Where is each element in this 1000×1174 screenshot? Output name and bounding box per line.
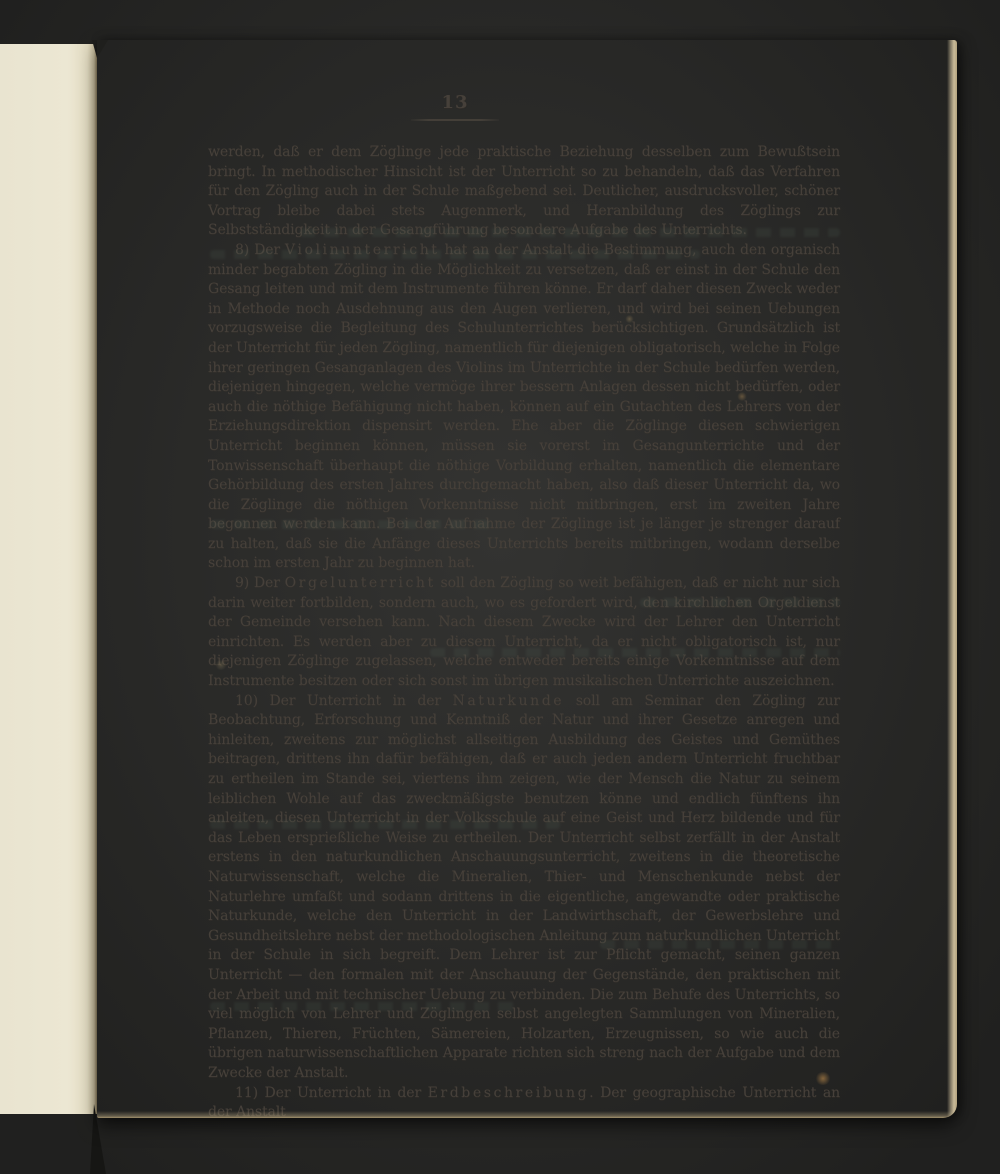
foxing-stain (625, 315, 634, 323)
text-block: werden, daß er dem Zöglinge jede praktis… (208, 143, 840, 1118)
bleed-through-texture (210, 250, 700, 259)
foxing-stain (215, 660, 227, 670)
page-number: 13 (410, 92, 500, 113)
text-segment: 11) Der Unterricht in der (235, 1085, 428, 1101)
text-segment: 9) Der (235, 575, 285, 591)
page-bottom-edge (97, 1111, 957, 1118)
facing-page-edge (0, 44, 97, 1114)
page-block-edge (947, 40, 957, 1118)
bleed-through-texture (640, 598, 840, 607)
text-segment: soll am Seminar den Zögling zur Beobacht… (208, 693, 840, 1081)
bleed-through-texture (300, 228, 840, 237)
paragraph: 9) Der Orgelunterricht soll den Zögling … (208, 574, 840, 692)
emphasized-term: Naturkunde (453, 693, 565, 709)
bleed-through-texture (600, 940, 840, 949)
bleed-through-texture (430, 648, 840, 657)
page-header: 13 (410, 92, 500, 121)
bleed-through-texture (210, 1002, 520, 1011)
paragraph: werden, daß er dem Zöglinge jede praktis… (208, 143, 840, 241)
foxing-stain (815, 1072, 831, 1085)
page-number-rule (411, 119, 499, 121)
bleed-through-texture (210, 820, 560, 829)
scan-background: { "page": { "number": "13", "paragraphs"… (0, 0, 1000, 1174)
emphasized-term: Orgelunterricht (285, 575, 436, 591)
bleed-through-texture (210, 520, 500, 529)
paragraph: 10) Der Unterricht in der Naturkunde sol… (208, 692, 840, 1084)
text-segment: soll den Zögling so weit befähigen, daß … (208, 575, 840, 689)
text-segment: 10) Der Unterricht in der (235, 693, 453, 709)
foxing-stain (737, 392, 747, 401)
emphasized-term: Erdbeschreibung (428, 1085, 590, 1101)
text-segment: werden, daß er dem Zöglinge jede praktis… (208, 144, 840, 238)
book-page: 13 werden, daß er dem Zöglinge jede prak… (97, 40, 957, 1118)
